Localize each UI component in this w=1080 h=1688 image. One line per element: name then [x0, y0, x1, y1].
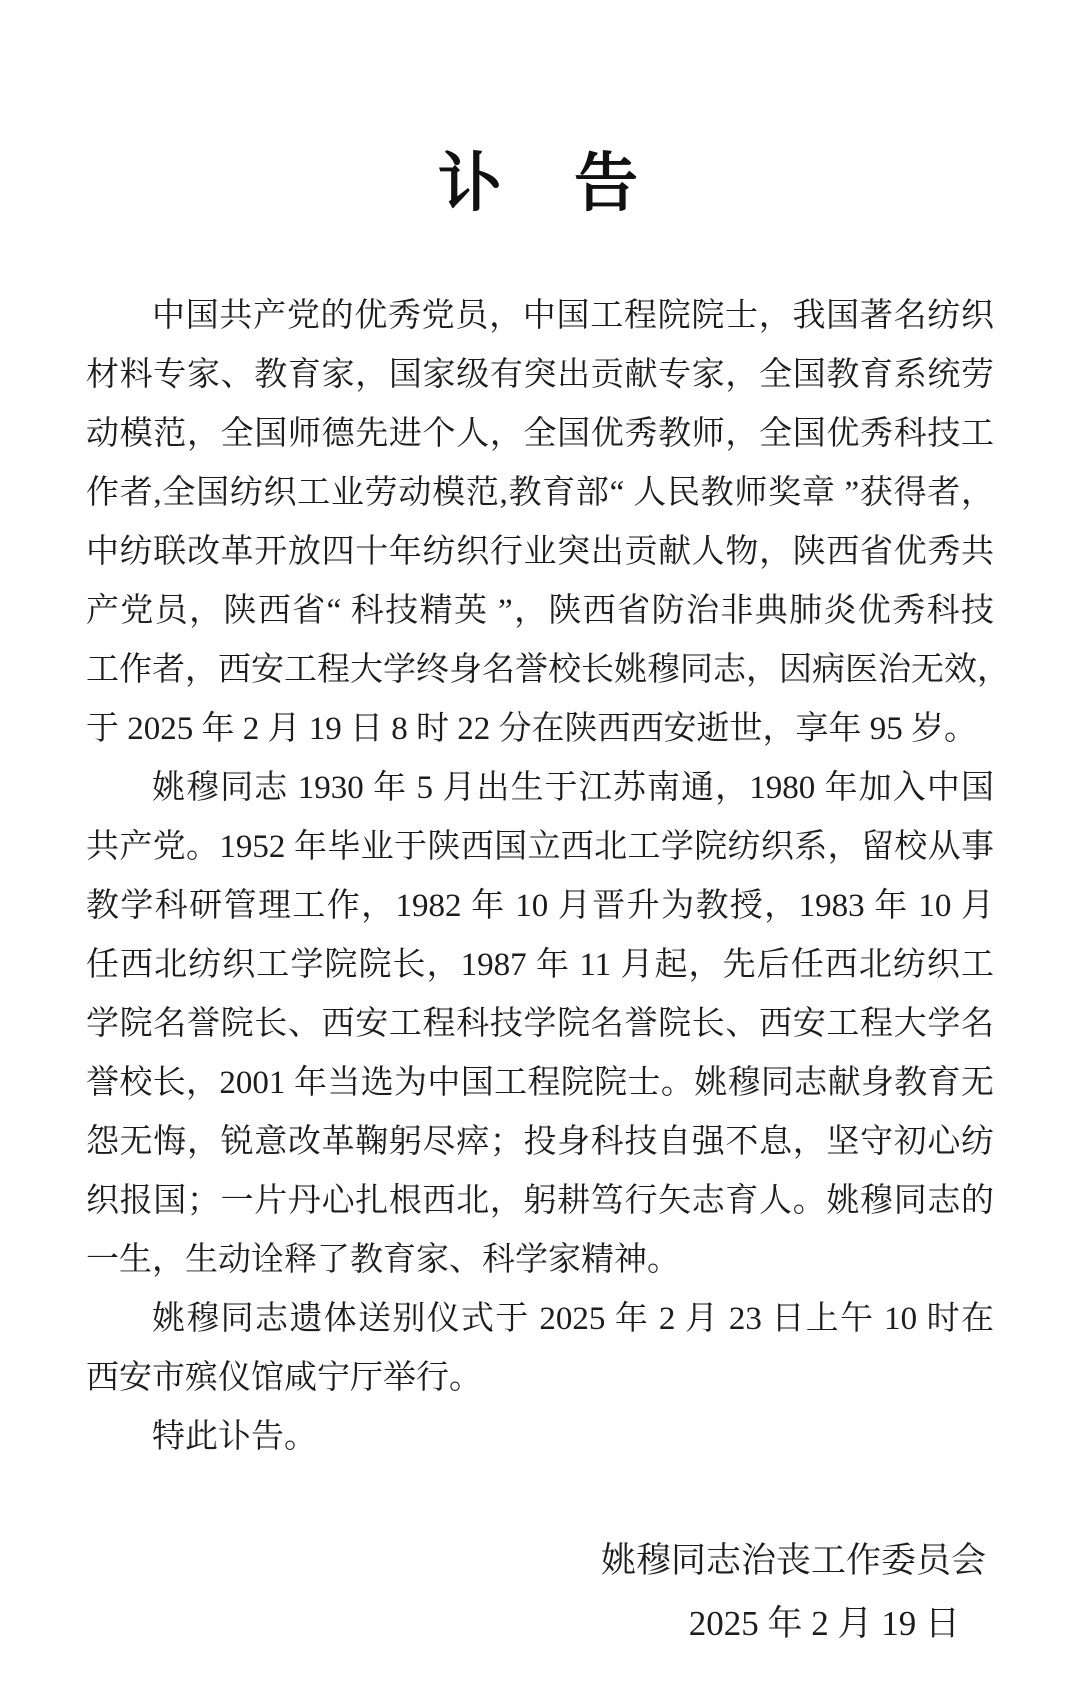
body-line: 学院名誉院长、西安工程科技学院名誉院长、西安工程大学名: [86, 995, 994, 1054]
signature-committee: 姚穆同志治丧工作委员会: [0, 1529, 986, 1592]
body-line: 怨无悔，锐意改革鞠躬尽瘁；投身科技自强不息，坚守初心纺: [86, 1113, 994, 1172]
body-line: 教学科研管理工作，1982 年 10 月晋升为教授，1983 年 10 月: [86, 877, 994, 936]
body-line: 一生，生动诠释了教育家、科学家精神。: [86, 1231, 994, 1290]
body-line: 任西北纺织工学院院长，1987 年 11 月起，先后任西北纺织工: [86, 936, 994, 995]
body-line: 于 2025 年 2 月 19 日 8 时 22 分在陕西西安逝世，享年 95 …: [86, 700, 994, 759]
body-line: 西安市殡仪馆咸宁厅举行。: [86, 1349, 994, 1408]
obituary-body: 中国共产党的优秀党员，中国工程院院士，我国著名纺织材料专家、教育家，国家级有突出…: [0, 287, 1080, 1467]
paragraph: 中国共产党的优秀党员，中国工程院院士，我国著名纺织材料专家、教育家，国家级有突出…: [86, 287, 994, 759]
obituary-document: 讣 告 中国共产党的优秀党员，中国工程院院士，我国著名纺织材料专家、教育家，国家…: [0, 0, 1080, 1688]
body-line: 产党员，陕西省“ 科技精英 ”，陕西省防治非典肺炎优秀科技: [86, 582, 994, 641]
paragraph: 特此讣告。: [86, 1408, 994, 1467]
body-line: 动模范，全国师德先进个人，全国优秀教师，全国优秀科技工: [86, 405, 994, 464]
body-line: 材料专家、教育家，国家级有突出贡献专家，全国教育系统劳: [86, 346, 994, 405]
signature-date: 2025 年 2 月 19 日: [0, 1592, 986, 1655]
body-line: 织报国；一片丹心扎根西北，躬耕笃行矢志育人。姚穆同志的: [86, 1172, 994, 1231]
body-line: 作者,全国纺织工业劳动模范,教育部“ 人民教师奖章 ”获得者，: [86, 464, 994, 523]
body-line: 共产党。1952 年毕业于陕西国立西北工学院纺织系，留校从事: [86, 818, 994, 877]
notice-title: 讣 告: [0, 43, 1080, 227]
body-line: 特此讣告。: [86, 1408, 994, 1467]
body-line: 誉校长，2001 年当选为中国工程院院士。姚穆同志献身教育无: [86, 1054, 994, 1113]
body-line: 姚穆同志遗体送别仪式于 2025 年 2 月 23 日上午 10 时在: [86, 1290, 994, 1349]
paragraph: 姚穆同志 1930 年 5 月出生于江苏南通，1980 年加入中国共产党。195…: [86, 759, 994, 1290]
body-line: 中纺联改革开放四十年纺织行业突出贡献人物，陕西省优秀共: [86, 523, 994, 582]
body-line: 工作者，西安工程大学终身名誉校长姚穆同志，因病医治无效，: [86, 641, 994, 700]
body-line: 中国共产党的优秀党员，中国工程院院士，我国著名纺织: [86, 287, 994, 346]
body-line: 姚穆同志 1930 年 5 月出生于江苏南通，1980 年加入中国: [86, 759, 994, 818]
signature-block: 姚穆同志治丧工作委员会 2025 年 2 月 19 日: [0, 1529, 1080, 1655]
paragraph: 姚穆同志遗体送别仪式于 2025 年 2 月 23 日上午 10 时在西安市殡仪…: [86, 1290, 994, 1408]
